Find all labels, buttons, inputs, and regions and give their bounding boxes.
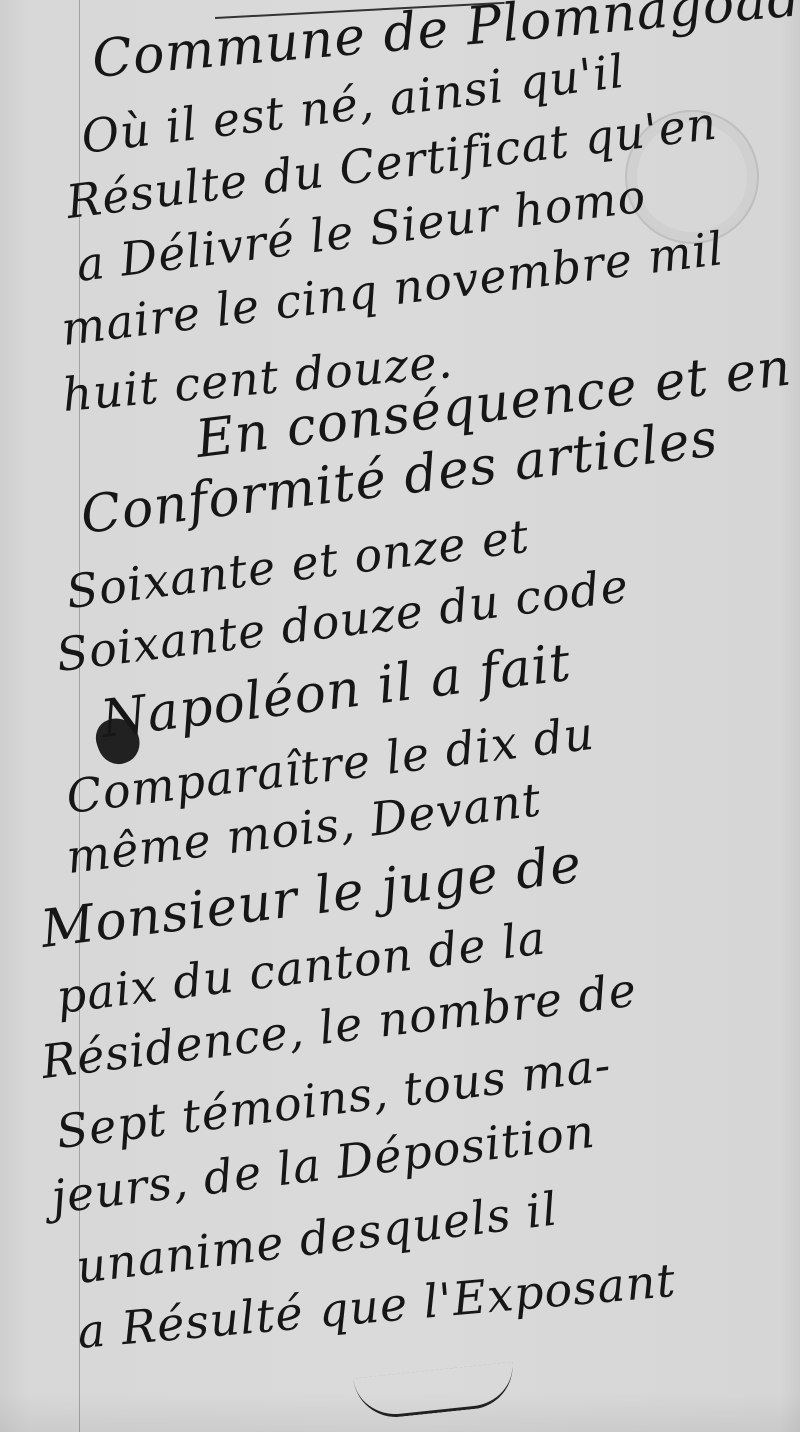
manuscript-page: Commune de Plomnagoad, Où il est né, ain… bbox=[0, 0, 800, 1432]
handwritten-text-block: Commune de Plomnagoad, Où il est né, ain… bbox=[0, 0, 800, 1432]
